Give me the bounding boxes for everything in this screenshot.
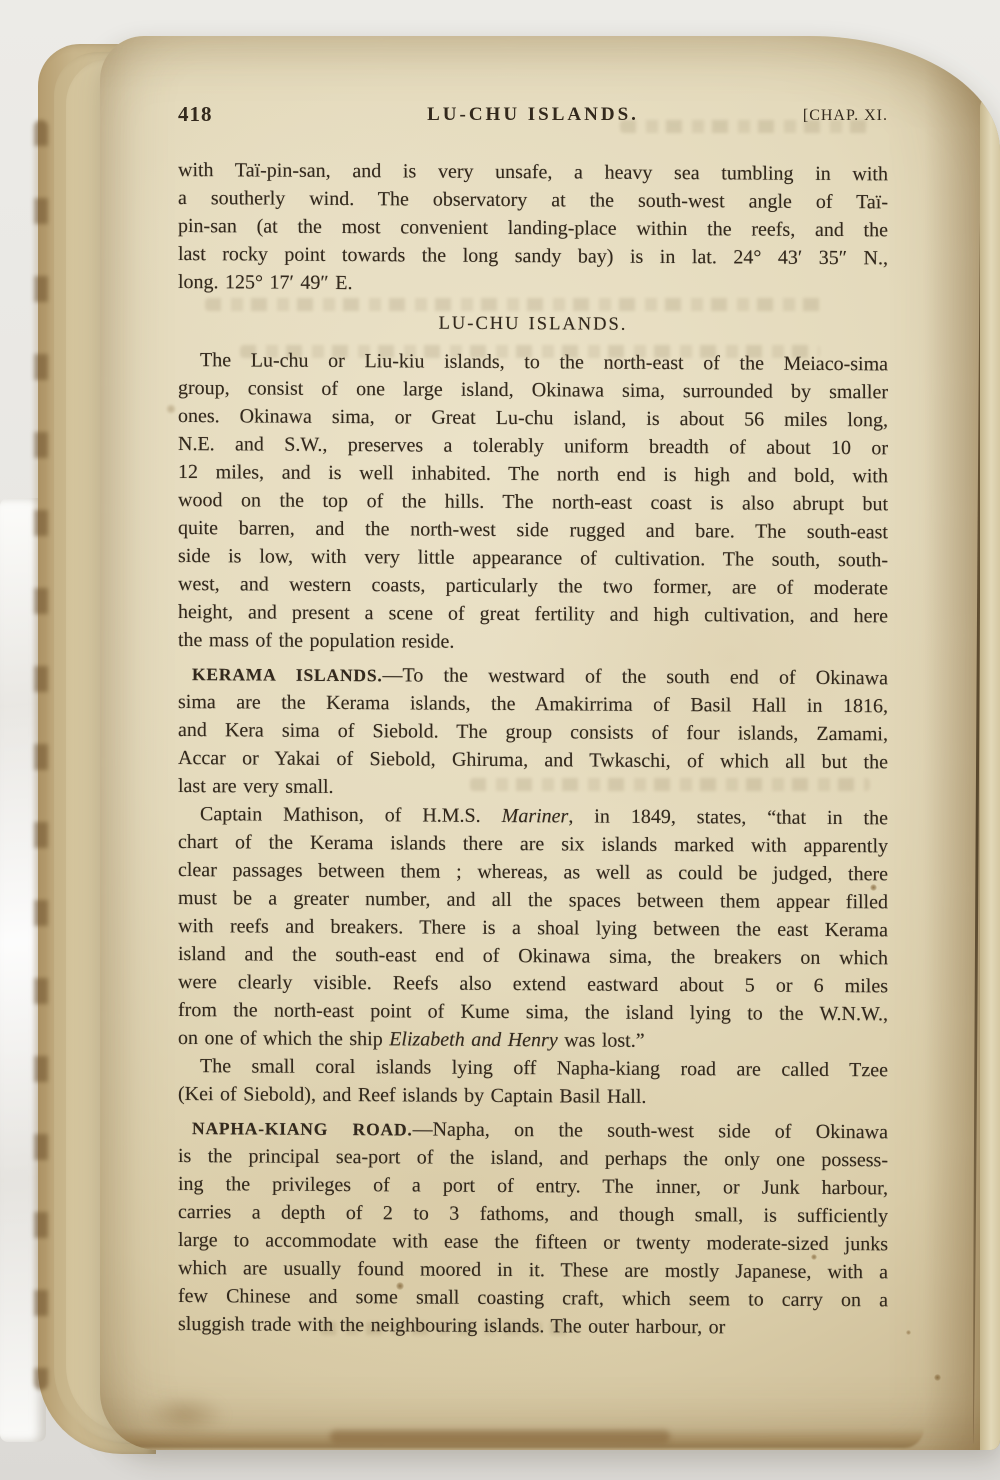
text-line: 12 miles, and is well inhabited. The nor…	[178, 458, 888, 490]
text-line: quite barren, and the north-west side ru…	[178, 514, 888, 546]
text-line: ing the privileges of a port of entry. T…	[178, 1170, 888, 1202]
text-line: a southerly wind. The observatory at the…	[178, 184, 888, 216]
text-line: the mass of the population reside.	[178, 626, 888, 658]
foxing-spot	[166, 404, 176, 414]
text-line: west, and western coasts, particularly t…	[178, 570, 888, 602]
text-line: last rocky point towards the long sandy …	[178, 240, 888, 272]
text-line: is the principal sea-port of the island,…	[178, 1142, 888, 1174]
text-line: large to accommodate with ease the fifte…	[178, 1226, 888, 1258]
paragraph: NAPHA-KIANG ROAD.—Napha, on the south-we…	[178, 1114, 888, 1342]
foxing-spot	[870, 884, 877, 891]
bottom-edge-stain	[330, 1430, 670, 1443]
text-line: carries a depth of 2 to 3 fathoms, and t…	[178, 1198, 888, 1230]
foxing-spot	[811, 1254, 817, 1260]
foxing-spot	[396, 1282, 404, 1290]
text-line: clear passages between them ; whereas, a…	[178, 856, 888, 888]
text-line: and Kera sima of Siebold. The group cons…	[178, 716, 888, 748]
text-line: Captain Mathison, of H.M.S. Mariner, in …	[178, 800, 888, 832]
paragraph: The Lu-chu or Liu-kiu islands, to the no…	[178, 346, 888, 658]
text-line: wood on the top of the hills. The north-…	[178, 486, 888, 518]
paragraph: KERAMA ISLANDS.—To the westward of the s…	[178, 660, 888, 804]
text-line: last are very small.	[178, 772, 888, 804]
text-line: height, and present a scene of great fer…	[178, 598, 888, 630]
text-line: chart of the Kerama islands there are si…	[178, 828, 888, 860]
section-heading: LU-CHU ISLANDS.	[178, 308, 888, 340]
text-line: with Taï-pin-san, and is very unsafe, a …	[178, 156, 888, 188]
text-line: few Chinese and some small coasting craf…	[178, 1282, 888, 1314]
text-line: ones. Okinawa sima, or Great Lu-chu isla…	[178, 402, 888, 434]
text-line: The Lu-chu or Liu-kiu islands, to the no…	[178, 346, 888, 378]
text-line: NAPHA-KIANG ROAD.—Napha, on the south-we…	[178, 1114, 888, 1146]
chapter-label: [CHAP. XI.	[803, 107, 888, 125]
paragraph: with Taï-pin-san, and is very unsafe, a …	[178, 156, 888, 300]
text-line: pin-san (at the most convenient landing-…	[178, 212, 888, 244]
page-stack-edge-shadow	[34, 120, 48, 1390]
text-line: sluggish trade with the neighbouring isl…	[178, 1310, 888, 1342]
run-in-heading: KERAMA ISLANDS.	[192, 664, 383, 685]
page-number: 418	[178, 102, 213, 127]
foxing-spot	[934, 1374, 941, 1381]
text-line: on one of which the ship Elizabeth and H…	[178, 1024, 888, 1056]
text-line: which are usually found moored in it. Th…	[178, 1254, 888, 1286]
text-line: The small coral islands lying off Napha-…	[178, 1052, 888, 1084]
text-line: sima are the Kerama islands, the Amakirr…	[178, 688, 888, 720]
text-line: island and the south-east end of Okinawa…	[178, 940, 888, 972]
paragraph: Captain Mathison, of H.M.S. Mariner, in …	[178, 800, 888, 1056]
text-line: KERAMA ISLANDS.—To the westward of the s…	[178, 660, 888, 692]
text-line: N.E. and S.W., preserves a tolerably uni…	[178, 430, 888, 462]
page-content: 418 LU-CHU ISLANDS. [CHAP. XI. with Taï-…	[100, 36, 1000, 1450]
photo-backdrop: 418 LU-CHU ISLANDS. [CHAP. XI. with Taï-…	[0, 0, 1000, 1480]
paragraph: The small coral islands lying off Napha-…	[178, 1052, 888, 1112]
running-head: 418 LU-CHU ISLANDS. [CHAP. XI.	[178, 102, 888, 130]
text-line: group, consist of one large island, Okin…	[178, 374, 888, 406]
text-line: were clearly visible. Reefs also extend …	[178, 968, 888, 1000]
text-line: with reefs and breakers. There is a shoa…	[178, 912, 888, 944]
text-line: Accar or Yakai of Siebold, Ghiruma, and …	[178, 744, 888, 776]
page-text: with Taï-pin-san, and is very unsafe, a …	[178, 156, 888, 1342]
text-line: must be a greater number, and all the sp…	[178, 884, 888, 916]
text-line: side is low, with very little appearance…	[178, 542, 888, 574]
foxing-spot	[906, 1330, 911, 1335]
running-title: LU-CHU ISLANDS.	[427, 104, 639, 126]
text-line: (Kei of Siebold), and Reef islands by Ca…	[178, 1080, 888, 1112]
book-page: 418 LU-CHU ISLANDS. [CHAP. XI. with Taï-…	[100, 36, 1000, 1450]
text-line: long. 125° 17′ 49″ E.	[178, 268, 888, 300]
run-in-heading: NAPHA-KIANG ROAD.	[192, 1118, 413, 1139]
text-line: from the north-east point of Kume sima, …	[178, 996, 888, 1028]
